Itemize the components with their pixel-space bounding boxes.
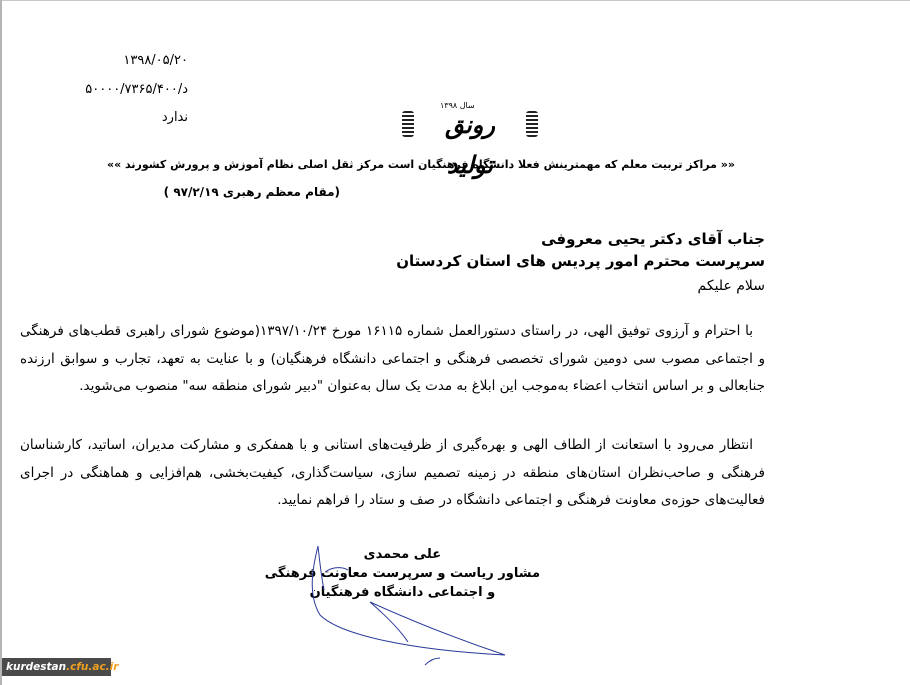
slogan-logo: سال ۱۳۹۸ رونق تولید <box>400 105 540 145</box>
letter-date: ۱۳۹۸/۰۵/۲۰ <box>123 53 188 68</box>
watermark-domain-part1: kurdestan <box>6 661 66 673</box>
page-border-left <box>0 0 2 685</box>
signer-title-line-1: مشاور ریاست و سرپرست معاونت فرهنگی <box>265 564 540 583</box>
ornament-icon <box>402 111 414 137</box>
letter-attachment: ندارد <box>162 110 188 125</box>
leader-quote-source: (مقام معظم رهبری ۹۷/۲/۱۹ ) <box>164 185 340 199</box>
recipient-block: جناب آقای دکتر یحیی معروفی سرپرست محترم … <box>396 228 765 272</box>
signer-title-line-2: و اجتماعی دانشگاه فرهنگیان <box>265 583 540 602</box>
signer-name: علی محمدی <box>265 545 540 564</box>
watermark-domain-part2: .cfu.ac.ir <box>66 661 118 673</box>
slogan-text: رونق تولید <box>418 105 522 185</box>
body-paragraph-1: با احترام و آرزوی توفیق الهی، در راستای … <box>20 318 765 401</box>
body-paragraph-2: انتظار می‌رود با استعانت از الطاف الهی و… <box>20 432 765 515</box>
recipient-title: سرپرست محترم امور پردیس های استان کردستا… <box>396 250 765 272</box>
letter-number: د/۵۰۰۰۰/۷۳۶۵/۴۰۰ <box>85 82 188 97</box>
page-border-top <box>0 0 910 1</box>
leader-quote: «« مراکز تربیت معلم که مهمترینش فعلا دان… <box>107 158 735 171</box>
greeting: سلام علیکم <box>698 278 765 294</box>
signature-block: علی محمدی مشاور ریاست و سرپرست معاونت فر… <box>265 545 540 602</box>
website-watermark: kurdestan.cfu.ac.ir <box>2 658 111 676</box>
ornament-icon <box>526 111 538 137</box>
recipient-name: جناب آقای دکتر یحیی معروفی <box>396 228 765 250</box>
